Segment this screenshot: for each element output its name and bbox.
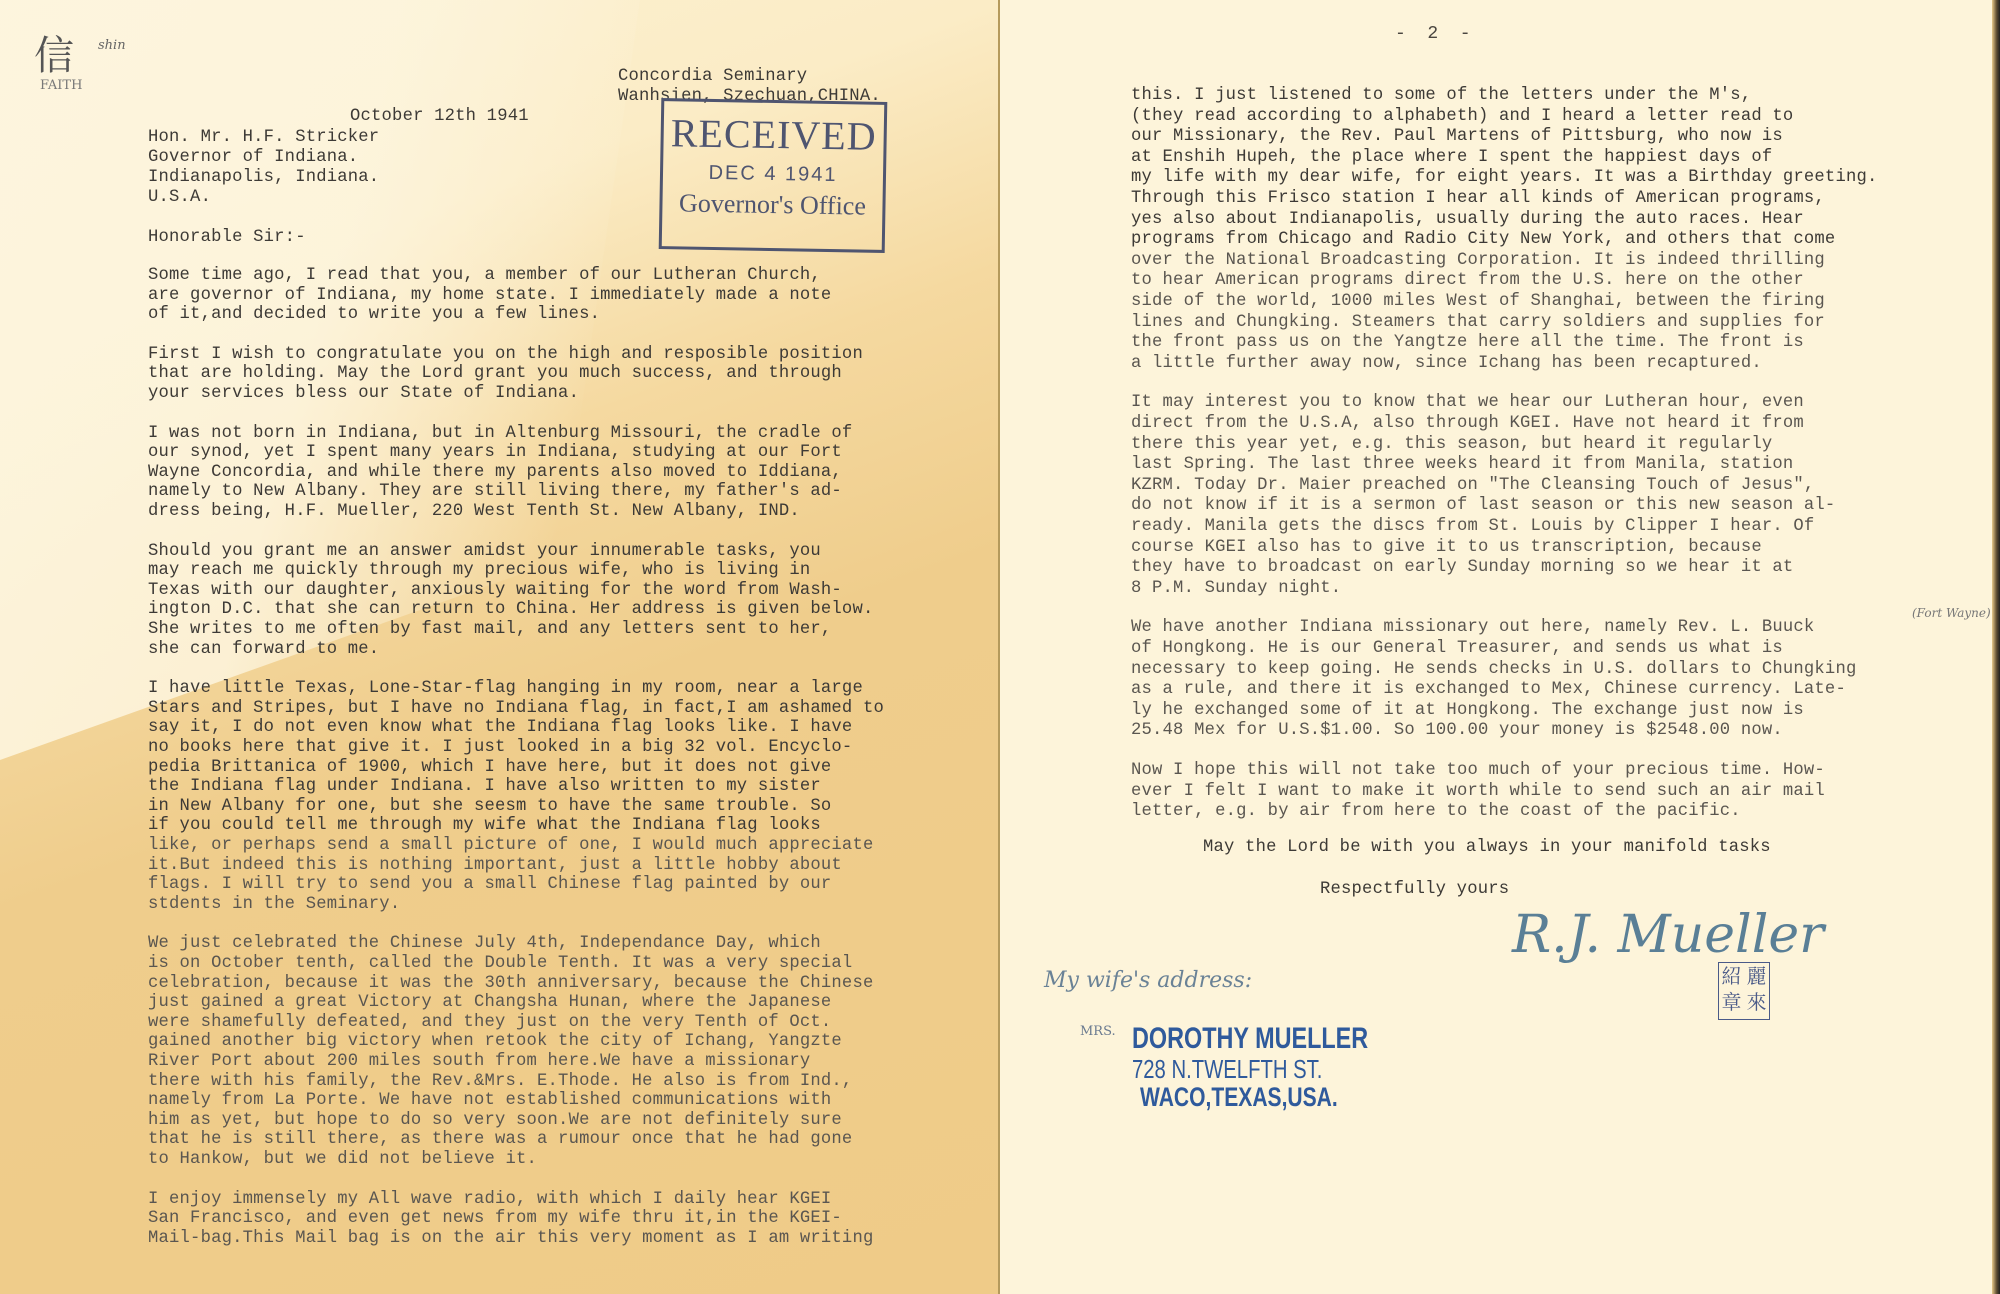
paragraph-6-line: to Hankow, but we did not believe it. [148,1150,537,1170]
paragraph-1-line: programs from Chicago and Radio City New… [1131,230,1835,250]
address-city: WACO,TEXAS,USA. [1140,1082,1338,1113]
paragraph-3-line: Wayne Concordia, and while there my pare… [148,463,842,483]
paragraph-2-line: last Spring. The last three weeks heard … [1131,455,1793,475]
paragraph-2-line: KZRM. Today Dr. Maier preached on "The C… [1131,476,1814,496]
letter-page-2: - 2 - this. I just listened to some of t… [1000,0,2000,1294]
paragraph-1-line: Some time ago, I read that you, a member… [148,266,821,286]
paragraph-2-line: they have to broadcast on early Sunday m… [1131,558,1793,578]
letter-date: October 12th 1941 [350,107,529,127]
paragraph-2-line: First I wish to congratulate you on the … [148,345,863,365]
paragraph-6-line: gained another big victory when retook t… [148,1032,842,1052]
seal-char-2: 麗 [1744,963,1769,989]
paragraph-6-line: just gained a great Victory at Changsha … [148,993,831,1013]
faith-character: 信 [34,24,74,81]
recipient-line-1: Hon. Mr. H.F. Stricker [148,128,379,148]
paragraph-4-line: Now I hope this will not take too much o… [1131,761,1825,781]
paragraph-5-line: it.But indeed this is nothing important,… [148,856,842,876]
seal-char-4: 來 [1744,989,1769,1015]
paragraph-3-line: necessary to keep going. He sends checks… [1131,660,1856,680]
paragraph-1-line: are governor of Indiana, my home state. … [148,286,831,306]
paragraph-7-line: San Francisco, and even get news from my… [148,1209,842,1229]
paragraph-5-line: pedia Brittanica of 1900, which I have h… [148,758,831,778]
paragraph-4-line: ever I felt I want to make it worth whil… [1131,782,1825,802]
recipient-line-3: Indianapolis, Indiana. [148,168,379,188]
paragraph-1-line: lines and Chungking. Steamers that carry… [1131,313,1825,333]
paragraph-2-line: 8 P.M. Sunday night. [1131,579,1341,599]
paragraph-5-line: in New Albany for one, but she seesm to … [148,797,831,817]
seal-char-3: 章 [1719,989,1744,1015]
paragraph-1-line: yes also about Indianapolis, usually dur… [1131,210,1804,230]
paragraph-3-line: of Hongkong. He is our General Treasurer… [1131,639,1783,659]
paragraph-6-line: celebration, because it was the 30th ann… [148,974,873,994]
paragraph-6-line: him as yet, but hope to do so very soon.… [148,1111,842,1131]
stamp-title: RECEIVED [663,111,884,159]
address-street: 728 N.TWELFTH ST. [1132,1054,1322,1085]
stamp-office: Governor's Office [662,188,882,222]
paragraph-4-line: She writes to me often by fast mail, and… [148,620,831,640]
paragraph-4-line: she can forward to me. [148,640,379,660]
salutation: Honorable Sir:- [148,228,306,248]
paragraph-5-line: no books here that give it. I just looke… [148,738,852,758]
paragraph-4-line: letter, e.g. by air from here to the coa… [1131,802,1741,822]
paragraph-1-line: (they read according to alphabeth) and I… [1131,107,1793,127]
chinese-name-seal: 紹 麗 章 來 [1718,962,1770,1020]
paragraph-5-line: flags. I will try to send you a small Ch… [148,875,831,895]
recipient-line-2: Governor of Indiana. [148,148,358,168]
paragraph-3-line: as a rule, and there it is exchanged to … [1131,680,1846,700]
letter-page-1: 信 shin FAITH Concordia Seminary Wanhsien… [0,0,1000,1294]
page-number: - 2 - [1395,24,1471,44]
paragraph-7-line: I enjoy immensely my All wave radio, wit… [148,1190,831,1210]
paragraph-5-line: Stars and Stripes, but I have no Indiana… [148,699,884,719]
faith-romanization: shin [98,38,126,53]
paragraph-7-line: Mail-bag.This Mail bag is on the air thi… [148,1229,873,1249]
paragraph-5-line: like, or perhaps send a small picture of… [148,836,873,856]
received-stamp: RECEIVED DEC 4 1941 Governor's Office [659,98,888,253]
paragraph-2-line: your services bless our State of Indiana… [148,384,579,404]
closing-line: Respectfully yours [1320,880,1509,900]
paragraph-1-line: over the National Broadcasting Corporati… [1131,251,1825,271]
paragraph-3-line: I was not born in Indiana, but in Altenb… [148,424,852,444]
sender-address-line-1: Concordia Seminary [618,67,807,87]
paragraph-6-line: that he is still there, as there was a r… [148,1130,852,1150]
paragraph-2-line: course KGEI also has to give it to us tr… [1131,538,1762,558]
paragraph-6-line: River Port about 200 miles south from he… [148,1052,810,1072]
paragraph-5-line: say it, I do not even know what the Indi… [148,718,852,738]
paragraph-6-line: is on October tenth, called the Double T… [148,954,852,974]
paragraph-6-line: there with his family, the Rev.&Mrs. E.T… [148,1072,852,1092]
paragraph-2-line: direct from the U.S.A, also through KGEI… [1131,414,1804,434]
paragraph-1-line: our Missionary, the Rev. Paul Martens of… [1131,127,1783,147]
paragraph-5-line: I have little Texas, Lone-Star-flag hang… [148,679,863,699]
blessing-line: May the Lord be with you always in your … [1203,838,1771,858]
paragraph-1-line: to hear American programs direct from th… [1131,271,1804,291]
paragraph-1-line: this. I just listened to some of the let… [1131,86,1751,106]
paragraph-1-line: of it,and decided to write you a few lin… [148,305,600,325]
paragraph-6-line: We just celebrated the Chinese July 4th,… [148,934,821,954]
paragraph-2-line: there this year yet, e.g. this season, b… [1131,435,1772,455]
paragraph-1-line: at Enshih Hupeh, the place where I spent… [1131,148,1772,168]
paragraph-5-line: the Indiana flag under Indiana. I have a… [148,777,821,797]
paragraph-2-line: that are holding. May the Lord grant you… [148,364,842,384]
paragraph-4-line: Texas with our daughter, anxiously waiti… [148,581,842,601]
paragraph-6-line: were shamefully defeated, and they just … [148,1013,831,1033]
paragraph-3-line: We have another Indiana missionary out h… [1131,618,1814,638]
paragraph-3-line: 25.48 Mex for U.S.$1.00. So 100.00 your … [1131,721,1783,741]
paragraph-2-line: ready. Manila gets the discs from St. Lo… [1131,517,1814,537]
wife-address-note: My wife's address: [1044,968,1252,993]
page-edge [1992,0,2000,1294]
margin-note: (Fort Wayne) [1912,606,1991,620]
address-name: DOROTHY MUELLER [1132,1022,1368,1056]
recipient-line-4: U.S.A. [148,188,211,208]
stamp-date: DEC 4 1941 [663,161,883,188]
paragraph-4-line: may reach me quickly through my precious… [148,561,810,581]
paragraph-3-line: ly he exchanged some of it at Hongkong. … [1131,701,1804,721]
seal-char-1: 紹 [1719,963,1744,989]
paragraph-1-line: Through this Frisco station I hear all k… [1131,189,1825,209]
paragraph-3-line: dress being, H.F. Mueller, 220 West Tent… [148,502,800,522]
paragraph-2-line: It may interest you to know that we hear… [1131,393,1804,413]
paragraph-3-line: namely to New Albany. They are still liv… [148,482,842,502]
paragraph-4-line: ington D.C. that she can return to China… [148,600,873,620]
paragraph-2-line: do not know if it is a sermon of last se… [1131,496,1835,516]
paragraph-6-line: namely from La Porte. We have not establ… [148,1091,831,1111]
paragraph-5-line: stdents in the Seminary. [148,895,400,915]
paragraph-4-line: Should you grant me an answer amidst you… [148,542,821,562]
paragraph-1-line: a little further away now, since Ichang … [1131,354,1762,374]
signature: R.J. Mueller [1512,905,1824,965]
paragraph-1-line: side of the world, 1000 miles West of Sh… [1131,292,1825,312]
faith-label: FAITH [40,78,82,93]
paragraph-5-line: if you could tell me through my wife wha… [148,816,821,836]
paragraph-1-line: my life with my dear wife, for eight yea… [1131,168,1878,188]
paragraph-3-line: our synod, yet I spent many years in Ind… [148,443,842,463]
address-prefix: MRS. [1080,1024,1116,1039]
paragraph-1-line: the front pass us on the Yangtze here al… [1131,333,1804,353]
